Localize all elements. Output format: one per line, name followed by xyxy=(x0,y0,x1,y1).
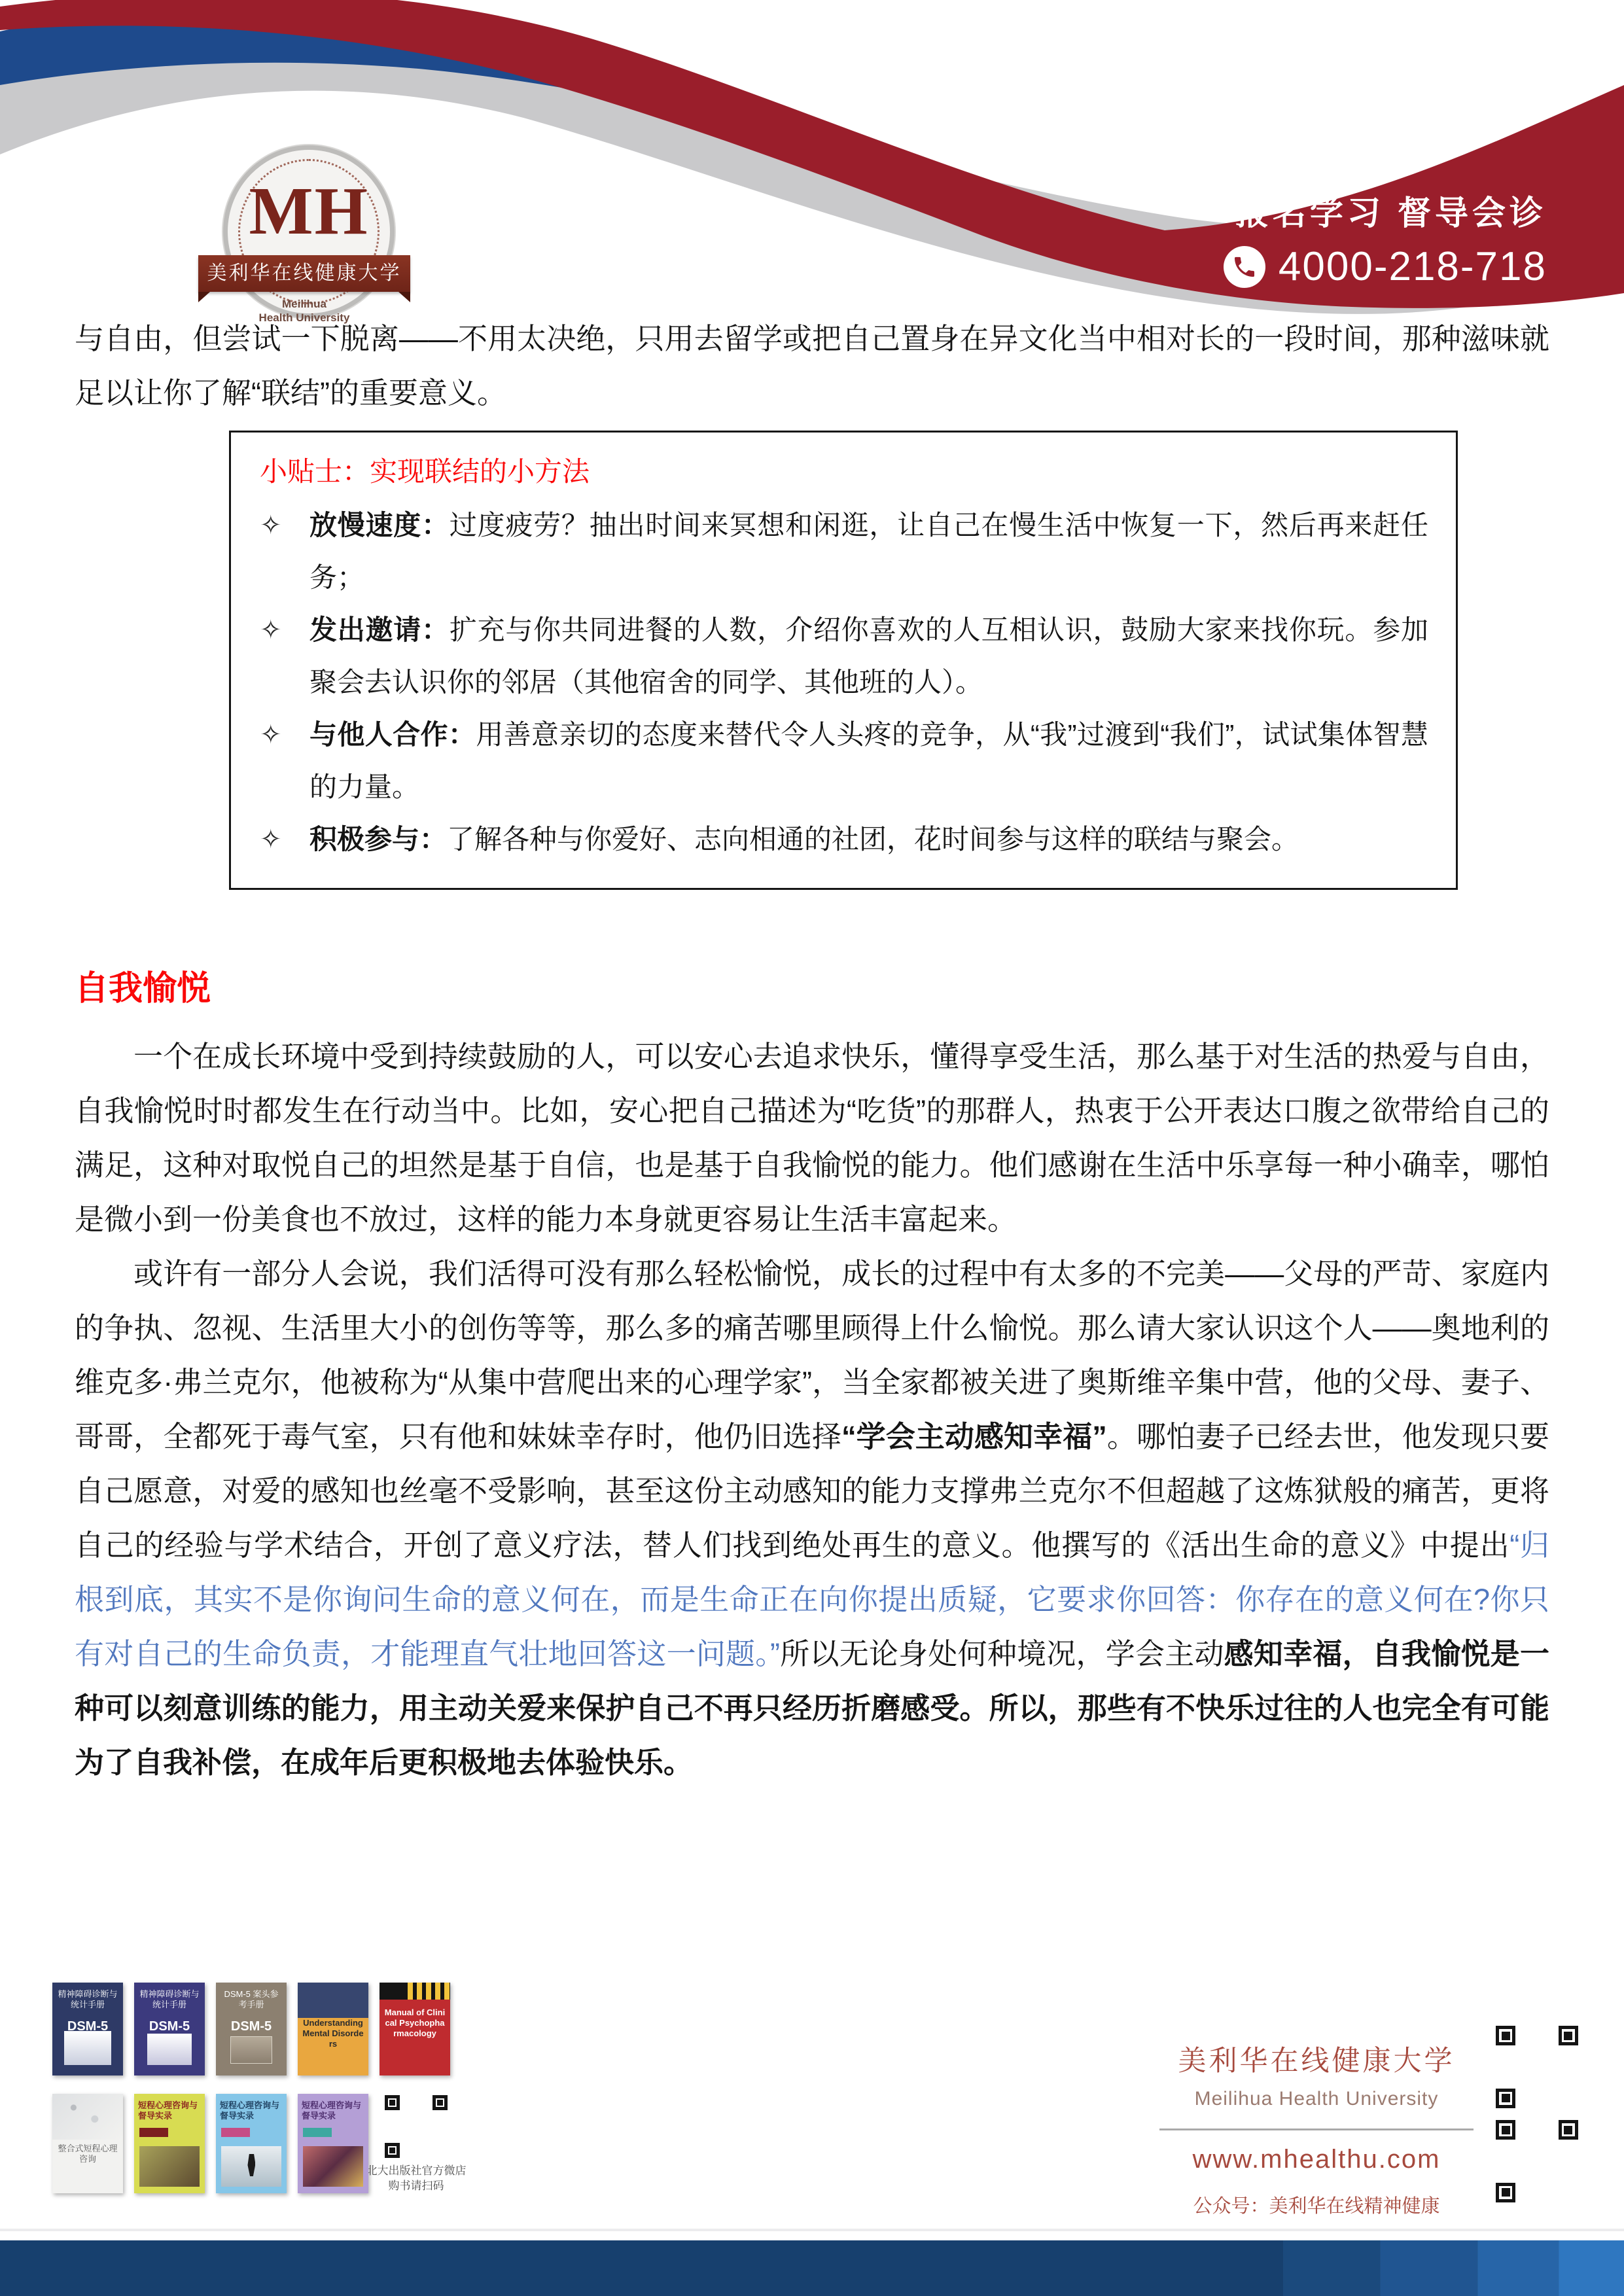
book-subtitle: DSM-5 xyxy=(138,2019,201,2034)
book-cover-brief-counseling-supervision-1: 短程心理咨询与督导实录 xyxy=(134,2094,205,2193)
body-paragraph-1: 一个在成长环境中受到持续鼓励的人，可以安心去追求快乐，懂得享受生活，那么基于对生… xyxy=(75,1029,1549,1246)
tip-text: 发出邀请：扩充与你共同进餐的人数，介绍你喜欢的人互相认识，鼓励大家来找你玩。参加… xyxy=(309,604,1428,709)
book-title: 短程心理咨询与督导实录 xyxy=(220,2100,283,2121)
edition-badge xyxy=(303,2128,332,2137)
bookstore-qr-caption-line1: 北大出版社官方微店 xyxy=(366,2163,467,2178)
book-cover-brief-counseling-supervision-2: 短程心理咨询与督导实录 xyxy=(216,2094,287,2193)
book-subtitle: DSM-5 xyxy=(220,2019,283,2034)
header-contact-block: 报名学习 督导会诊 4000-218-718 xyxy=(1224,186,1547,290)
book-cover-clinical-psychopharmacology: Manual of Clinical Psychopharmacology xyxy=(380,1983,450,2075)
book-title: 整合式短程心理咨询 xyxy=(56,2144,119,2164)
book-title: 短程心理咨询与督导实录 xyxy=(138,2100,201,2121)
university-logo-badge: MH 美利华在线健康大学 Meilihua Health University xyxy=(219,145,389,317)
brand-wechat-account: 公众号：美利华在线精神健康 xyxy=(1153,2191,1480,2218)
book-cover-integrative-brief-counseling: 整合式短程心理咨询 xyxy=(52,2094,123,2193)
tip-item: ✧ 积极参与：了解各种与你爱好、志向相通的社团，花时间参与这样的联结与聚会。 xyxy=(260,813,1428,866)
tip-text: 积极参与：了解各种与你爱好、志向相通的社团，花时间参与这样的联结与聚会。 xyxy=(309,813,1428,866)
tip-item: ✧ 放慢速度：过度疲劳？抽出时间来冥想和闲逛，让自己在慢生活中恢复一下，然后再来… xyxy=(260,499,1428,604)
logo-circle: MH xyxy=(223,145,395,318)
edition-badge xyxy=(221,2128,250,2137)
logo-initials: MH xyxy=(228,172,390,250)
footer-hairline xyxy=(0,2229,1624,2231)
brand-divider xyxy=(1159,2128,1474,2130)
tip-label: 与他人合作： xyxy=(309,719,476,750)
logo-name-english-line1: Meilihua xyxy=(219,297,389,311)
bookstore-qr-caption: 北大出版社官方微店 购书请扫码 xyxy=(366,2163,467,2193)
tip-body: 过度疲劳？抽出时间来冥想和闲逛，让自己在慢生活中恢复一下，然后再来赶任务； xyxy=(309,510,1428,593)
diamond-bullet-icon: ✧ xyxy=(260,813,309,866)
tip-body: 用善意亲切的态度来替代令人头疼的竞争，从“我”过渡到“我们”，试试集体智慧的力量… xyxy=(309,719,1428,802)
bookstore-qr-code xyxy=(385,2095,448,2158)
p2-bold-quote: “学会主动感知幸福” xyxy=(841,1420,1107,1453)
book-cover-dsm5: 精神障碍诊断与统计手册 DSM-5 xyxy=(52,1983,123,2075)
diamond-bullet-icon: ✧ xyxy=(260,709,309,813)
book-subtitle: DSM-5 xyxy=(56,2019,119,2034)
book-cover-understanding-mental-disorders: Understanding Mental Disorders xyxy=(298,1983,368,2075)
runner-silhouette-image xyxy=(221,2146,281,2187)
bottom-navy-bar xyxy=(0,2240,1624,2296)
p2-part3: 所以无论身处何种境况，学会主动 xyxy=(780,1637,1224,1670)
book-cover-dsm5-cases: 精神障碍诊断与统计手册 DSM-5 xyxy=(134,1983,205,2075)
tip-item: ✧ 发出邀请：扩充与你共同进餐的人数，介绍你喜欢的人互相认识，鼓励大家来找你玩。… xyxy=(260,604,1428,709)
wechat-qr-code-1 xyxy=(1496,2026,1578,2108)
tip-label: 发出邀请： xyxy=(309,614,450,645)
book-title: Manual of Clinical Psychopharmacology xyxy=(383,2007,446,2039)
bookstore-qr-caption-line2: 购书请扫码 xyxy=(366,2178,467,2193)
tip-item: ✧ 与他人合作：用善意亲切的态度来替代令人头疼的竞争，从“我”过渡到“我们”，试… xyxy=(260,709,1428,813)
book-row-2: 整合式短程心理咨询 短程心理咨询与督导实录 短程心理咨询与督导实录 短程心理咨询… xyxy=(52,2094,484,2193)
edition-badge xyxy=(139,2128,168,2137)
logo-ribbon: 美利华在线健康大学 xyxy=(198,255,410,292)
diamond-bullet-icon: ✧ xyxy=(260,604,309,709)
contact-phone-number: 4000-218-718 xyxy=(1279,243,1547,290)
body-paragraph-2: 或许有一部分人会说，我们活得可没有那么轻松愉悦，成长的过程中有太多的不完美——父… xyxy=(75,1246,1549,1790)
brand-website: www.mhealthu.com xyxy=(1153,2145,1480,2174)
bookstore-qr-cell: 北大出版社官方微店 购书请扫码 xyxy=(380,2095,453,2193)
footer-qr-column xyxy=(1496,2026,1578,2202)
wechat-qr-code-2 xyxy=(1496,2120,1578,2202)
tips-box-title: 小贴士：实现联结的小方法 xyxy=(260,451,1428,493)
diamond-bullet-icon: ✧ xyxy=(260,499,309,604)
cover-photo xyxy=(139,2146,200,2187)
contact-services-text: 报名学习 督导会诊 xyxy=(1224,186,1547,234)
brand-name-chinese: 美利华在线健康大学 xyxy=(1153,2039,1480,2079)
book-title: Understanding Mental Disorders xyxy=(302,2018,364,2049)
book-title: 短程心理咨询与督导实录 xyxy=(302,2100,364,2121)
brand-name-english: Meilihua Health University xyxy=(1153,2088,1480,2110)
tip-body: 扩充与你共同进餐的人数，介绍你喜欢的人互相认识，鼓励大家来找你玩。参加聚会去认识… xyxy=(309,614,1428,698)
intro-paragraph: 与自由，但尝试一下脱离——不用太决绝，只用去留学或把自己置身在异文化当中相对长的… xyxy=(75,311,1549,420)
tip-body: 了解各种与你爱好、志向相通的社团，花时间参与这样的联结与聚会。 xyxy=(447,824,1299,855)
book-cover-brief-counseling-supervision-3: 短程心理咨询与督导实录 xyxy=(298,2094,368,2193)
tip-text: 与他人合作：用善意亲切的态度来替代令人头疼的竞争，从“我”过渡到“我们”，试试集… xyxy=(309,709,1428,813)
footer-brand-block: 美利华在线健康大学 Meilihua Health University www… xyxy=(1153,2039,1480,2218)
tips-box: 小贴士：实现联结的小方法 ✧ 放慢速度：过度疲劳？抽出时间来冥想和闲逛，让自己在… xyxy=(229,431,1458,890)
section-heading-self-pleasure: 自我愉悦 xyxy=(75,961,1549,1010)
phone-icon xyxy=(1224,246,1265,288)
footer-book-gallery: 精神障碍诊断与统计手册 DSM-5 精神障碍诊断与统计手册 DSM-5 DSM-… xyxy=(52,1983,484,2212)
cover-photo xyxy=(303,2146,363,2187)
tip-label: 放慢速度： xyxy=(309,510,450,540)
tip-label: 积极参与： xyxy=(309,824,447,855)
book-title: 精神障碍诊断与统计手册 xyxy=(56,1989,119,2010)
book-row-1: 精神障碍诊断与统计手册 DSM-5 精神障碍诊断与统计手册 DSM-5 DSM-… xyxy=(52,1983,484,2075)
document-body: 与自由，但尝试一下脱离——不用太决绝，只用去留学或把自己置身在异文化当中相对长的… xyxy=(75,311,1549,1790)
tip-text: 放慢速度：过度疲劳？抽出时间来冥想和闲逛，让自己在慢生活中恢复一下，然后再来赶任… xyxy=(309,499,1428,604)
book-title: 精神障碍诊断与统计手册 xyxy=(138,1989,201,2010)
book-title: DSM-5 案头参考手册 xyxy=(220,1989,283,2010)
book-cover-dsm5-desk-reference: DSM-5 案头参考手册 DSM-5 xyxy=(216,1983,287,2075)
